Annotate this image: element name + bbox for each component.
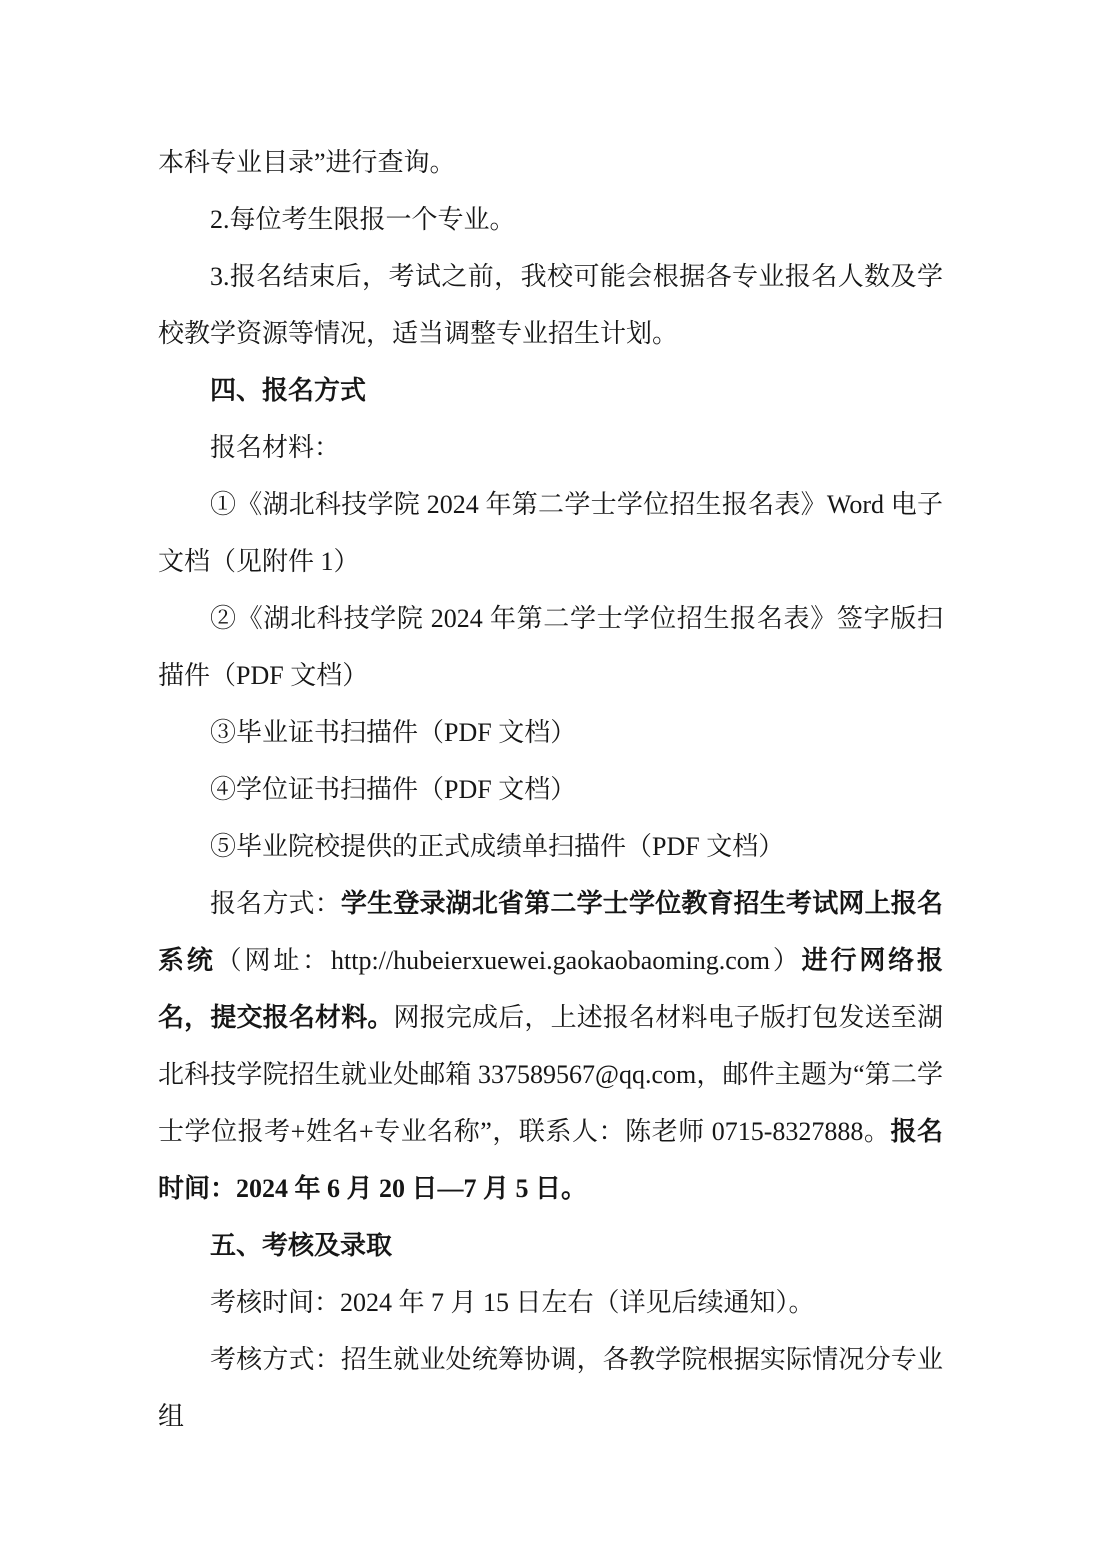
para-item-2: 2.每位考生限报一个专业。 (158, 191, 943, 248)
text-run: （网址：http://hubeierxuewei.gaokaobaoming.c… (216, 946, 802, 975)
text-run: ①《湖北科技学院 2024 年第二学士学位招生报名表》Word 电子文档（见附件… (158, 490, 943, 576)
para-item-3: 3.报名结束后，考试之前，我校可能会根据各专业报名人数及学校教学资源等情况，适当… (158, 248, 943, 362)
para-assessment-method: 考核方式：招生就业处统筹协调，各教学院根据实际情况分专业组 (158, 1331, 943, 1445)
text-run: 本科专业目录”进行查询。 (158, 148, 456, 177)
para-material-3: ③毕业证书扫描件（PDF 文档） (158, 704, 943, 761)
text-run: 考核时间：2024 年 7 月 15 日左右（详见后续通知）。 (210, 1288, 815, 1317)
bold-text-run: 五、考核及录取 (210, 1231, 392, 1260)
text-run: ③毕业证书扫描件（PDF 文档） (210, 718, 576, 747)
para-material-5: ⑤毕业院校提供的正式成绩单扫描件（PDF 文档） (158, 818, 943, 875)
document-page: 本科专业目录”进行查询。2.每位考生限报一个专业。3.报名结束后，考试之前，我校… (0, 0, 1102, 1559)
para-material-4: ④学位证书扫描件（PDF 文档） (158, 761, 943, 818)
para-registration-method-detail: 报名方式：学生登录湖北省第二学士学位教育招生考试网上报名系统（网址：http:/… (158, 875, 943, 1217)
para-assessment-time: 考核时间：2024 年 7 月 15 日左右（详见后续通知）。 (158, 1274, 943, 1331)
text-run: ④学位证书扫描件（PDF 文档） (210, 775, 576, 804)
document-body: 本科专业目录”进行查询。2.每位考生限报一个专业。3.报名结束后，考试之前，我校… (158, 134, 943, 1445)
text-run: 报名方式： (210, 889, 341, 918)
text-run: 报名材料： (210, 433, 340, 462)
para-material-1: ①《湖北科技学院 2024 年第二学士学位招生报名表》Word 电子文档（见附件… (158, 476, 943, 590)
text-run: 考核方式：招生就业处统筹协调，各教学院根据实际情况分专业组 (158, 1345, 943, 1431)
text-run: 2.每位考生限报一个专业。 (210, 205, 516, 234)
text-run: ②《湖北科技学院 2024 年第二学士学位招生报名表》签字版扫描件（PDF 文档… (158, 604, 943, 690)
para-material-2: ②《湖北科技学院 2024 年第二学士学位招生报名表》签字版扫描件（PDF 文档… (158, 590, 943, 704)
heading-section-5-assessment-admission: 五、考核及录取 (158, 1217, 943, 1274)
text-run: ⑤毕业院校提供的正式成绩单扫描件（PDF 文档） (210, 832, 784, 861)
para-major-catalog-query: 本科专业目录”进行查询。 (158, 134, 943, 191)
text-run: 3.报名结束后，考试之前，我校可能会根据各专业报名人数及学校教学资源等情况，适当… (158, 262, 943, 348)
heading-section-4-registration-method: 四、报名方式 (158, 362, 943, 419)
para-materials-label: 报名材料： (158, 419, 943, 476)
bold-text-run: 四、报名方式 (210, 376, 366, 405)
